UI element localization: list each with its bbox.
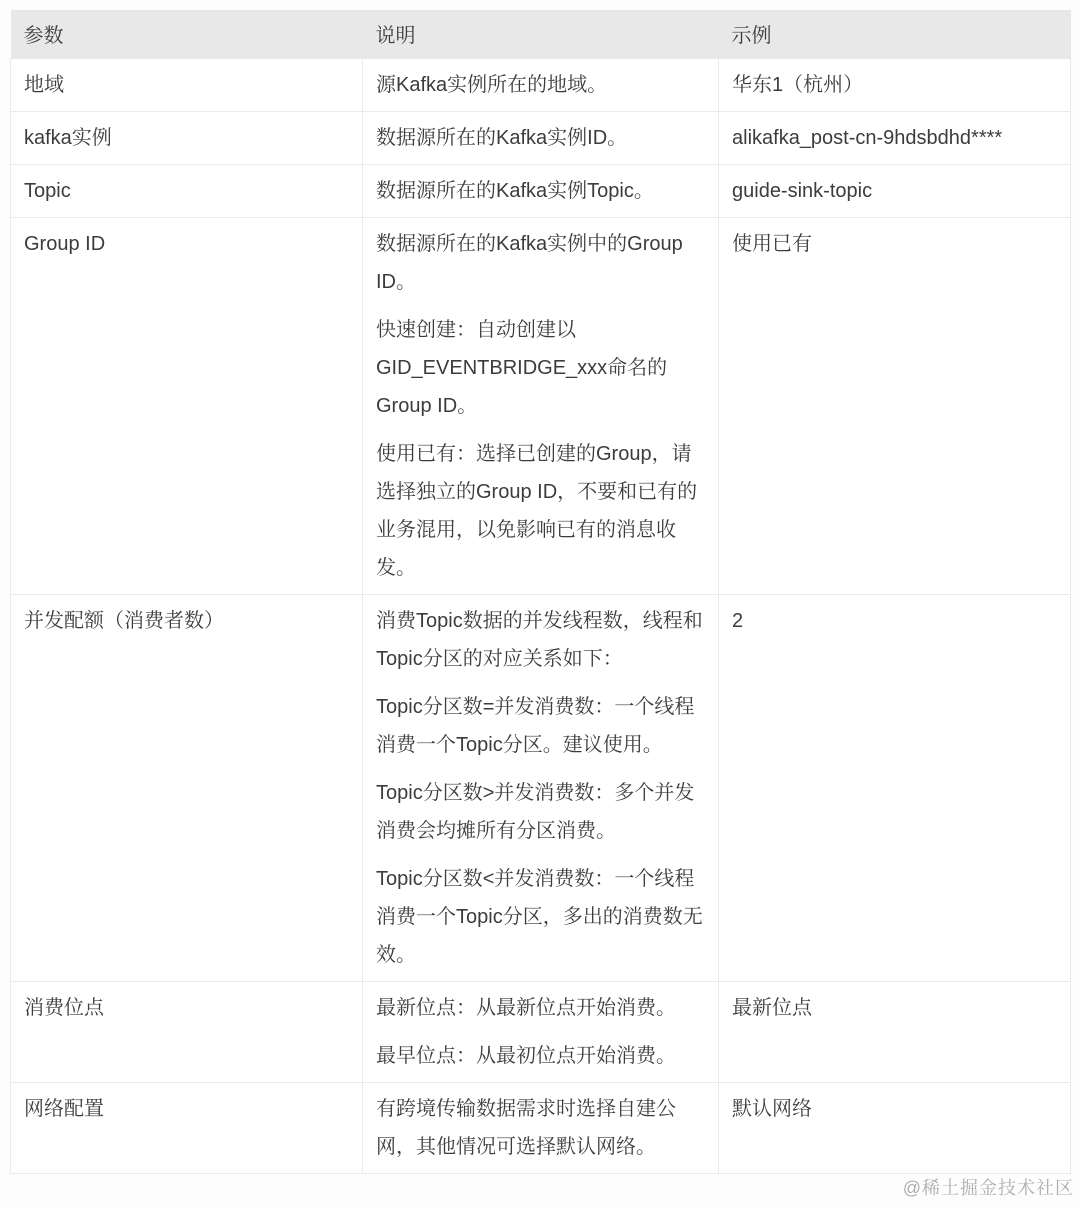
watermark: @稀土掘金技术社区	[903, 1174, 1074, 1200]
desc-paragraph: Topic分区数=并发消费数：一个线程消费一个Topic分区。建议使用。	[376, 688, 705, 764]
desc-paragraph: 有跨境传输数据需求时选择自建公网，其他情况可选择默认网络。	[376, 1090, 705, 1166]
desc-paragraph: 使用已有：选择已创建的Group，请选择独立的Group ID，不要和已有的业务…	[376, 435, 705, 587]
table-row: Group ID 数据源所在的Kafka实例中的Group ID。 快速创建：自…	[11, 217, 1071, 594]
desc-paragraph: 数据源所在的Kafka实例ID。	[376, 119, 705, 157]
page: 参数 说明 示例 地域 源Kafka实例所在的地域。 华东1（杭州） kafka…	[0, 0, 1080, 1208]
example-cell: 默认网络	[719, 1082, 1071, 1173]
param-cell: kafka实例	[11, 111, 363, 164]
header-cell-example: 示例	[719, 10, 1071, 58]
table-row: 并发配额（消费者数） 消费Topic数据的并发线程数，线程和Topic分区的对应…	[11, 594, 1071, 981]
table-row: 网络配置 有跨境传输数据需求时选择自建公网，其他情况可选择默认网络。 默认网络	[11, 1082, 1071, 1173]
example-cell: 最新位点	[719, 981, 1071, 1082]
param-cell: 网络配置	[11, 1082, 363, 1173]
table-header-row: 参数 说明 示例	[11, 10, 1071, 58]
header-cell-param: 参数	[11, 10, 363, 58]
param-cell: Group ID	[11, 217, 363, 594]
table-body: 地域 源Kafka实例所在的地域。 华东1（杭州） kafka实例 数据源所在的…	[11, 58, 1071, 1173]
header-cell-desc: 说明	[363, 10, 719, 58]
example-cell: 2	[719, 594, 1071, 981]
desc-cell: 数据源所在的Kafka实例Topic。	[363, 164, 719, 217]
desc-paragraph: 数据源所在的Kafka实例Topic。	[376, 172, 705, 210]
table-row: 消费位点 最新位点：从最新位点开始消费。 最早位点：从最初位点开始消费。 最新位…	[11, 981, 1071, 1082]
param-table: 参数 说明 示例 地域 源Kafka实例所在的地域。 华东1（杭州） kafka…	[10, 10, 1071, 1174]
table-row: 地域 源Kafka实例所在的地域。 华东1（杭州）	[11, 58, 1071, 111]
desc-cell: 数据源所在的Kafka实例中的Group ID。 快速创建：自动创建以GID_E…	[363, 217, 719, 594]
desc-paragraph: 数据源所在的Kafka实例中的Group ID。	[376, 225, 705, 301]
desc-paragraph: 最新位点：从最新位点开始消费。	[376, 989, 705, 1027]
example-cell: 使用已有	[719, 217, 1071, 594]
desc-cell: 源Kafka实例所在的地域。	[363, 58, 719, 111]
example-cell: alikafka_post-cn-9hdsbdhd****	[719, 111, 1071, 164]
desc-paragraph: Topic分区数>并发消费数：多个并发消费会均摊所有分区消费。	[376, 774, 705, 850]
example-cell: guide-sink-topic	[719, 164, 1071, 217]
desc-paragraph: 快速创建：自动创建以GID_EVENTBRIDGE_xxx命名的Group ID…	[376, 311, 705, 425]
desc-cell: 有跨境传输数据需求时选择自建公网，其他情况可选择默认网络。	[363, 1082, 719, 1173]
table-row: Topic 数据源所在的Kafka实例Topic。 guide-sink-top…	[11, 164, 1071, 217]
param-cell: 消费位点	[11, 981, 363, 1082]
desc-paragraph: Topic分区数<并发消费数：一个线程消费一个Topic分区，多出的消费数无效。	[376, 860, 705, 974]
desc-cell: 最新位点：从最新位点开始消费。 最早位点：从最初位点开始消费。	[363, 981, 719, 1082]
desc-cell: 数据源所在的Kafka实例ID。	[363, 111, 719, 164]
desc-cell: 消费Topic数据的并发线程数，线程和Topic分区的对应关系如下： Topic…	[363, 594, 719, 981]
param-cell: Topic	[11, 164, 363, 217]
param-cell: 地域	[11, 58, 363, 111]
param-cell: 并发配额（消费者数）	[11, 594, 363, 981]
desc-paragraph: 最早位点：从最初位点开始消费。	[376, 1037, 705, 1075]
table-header: 参数 说明 示例	[11, 10, 1071, 58]
example-cell: 华东1（杭州）	[719, 58, 1071, 111]
desc-paragraph: 源Kafka实例所在的地域。	[376, 66, 705, 104]
table-row: kafka实例 数据源所在的Kafka实例ID。 alikafka_post-c…	[11, 111, 1071, 164]
desc-paragraph: 消费Topic数据的并发线程数，线程和Topic分区的对应关系如下：	[376, 602, 705, 678]
